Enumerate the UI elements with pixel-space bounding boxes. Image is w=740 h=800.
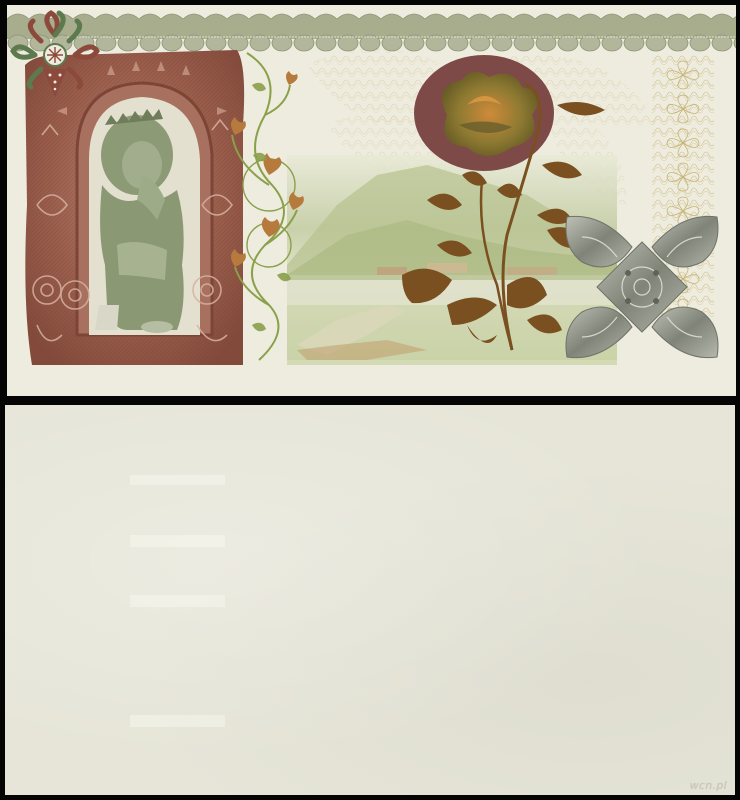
watermark-text: wcn.pl — [690, 779, 727, 792]
scalloped-border-top: /* placeholder */ — [7, 5, 736, 51]
lily-in-maroon-oval — [414, 55, 554, 171]
show-through-mark — [130, 535, 225, 547]
show-through-mark — [130, 475, 225, 485]
show-through-mark — [130, 595, 225, 607]
christ-worrier-statue — [95, 109, 184, 333]
banknote-front-artwork: /* placeholder */ — [7, 5, 736, 396]
banknote-back: wcn.pl — [5, 405, 735, 795]
banknote-front: /* placeholder */ — [7, 5, 736, 396]
show-through-mark — [130, 715, 225, 727]
